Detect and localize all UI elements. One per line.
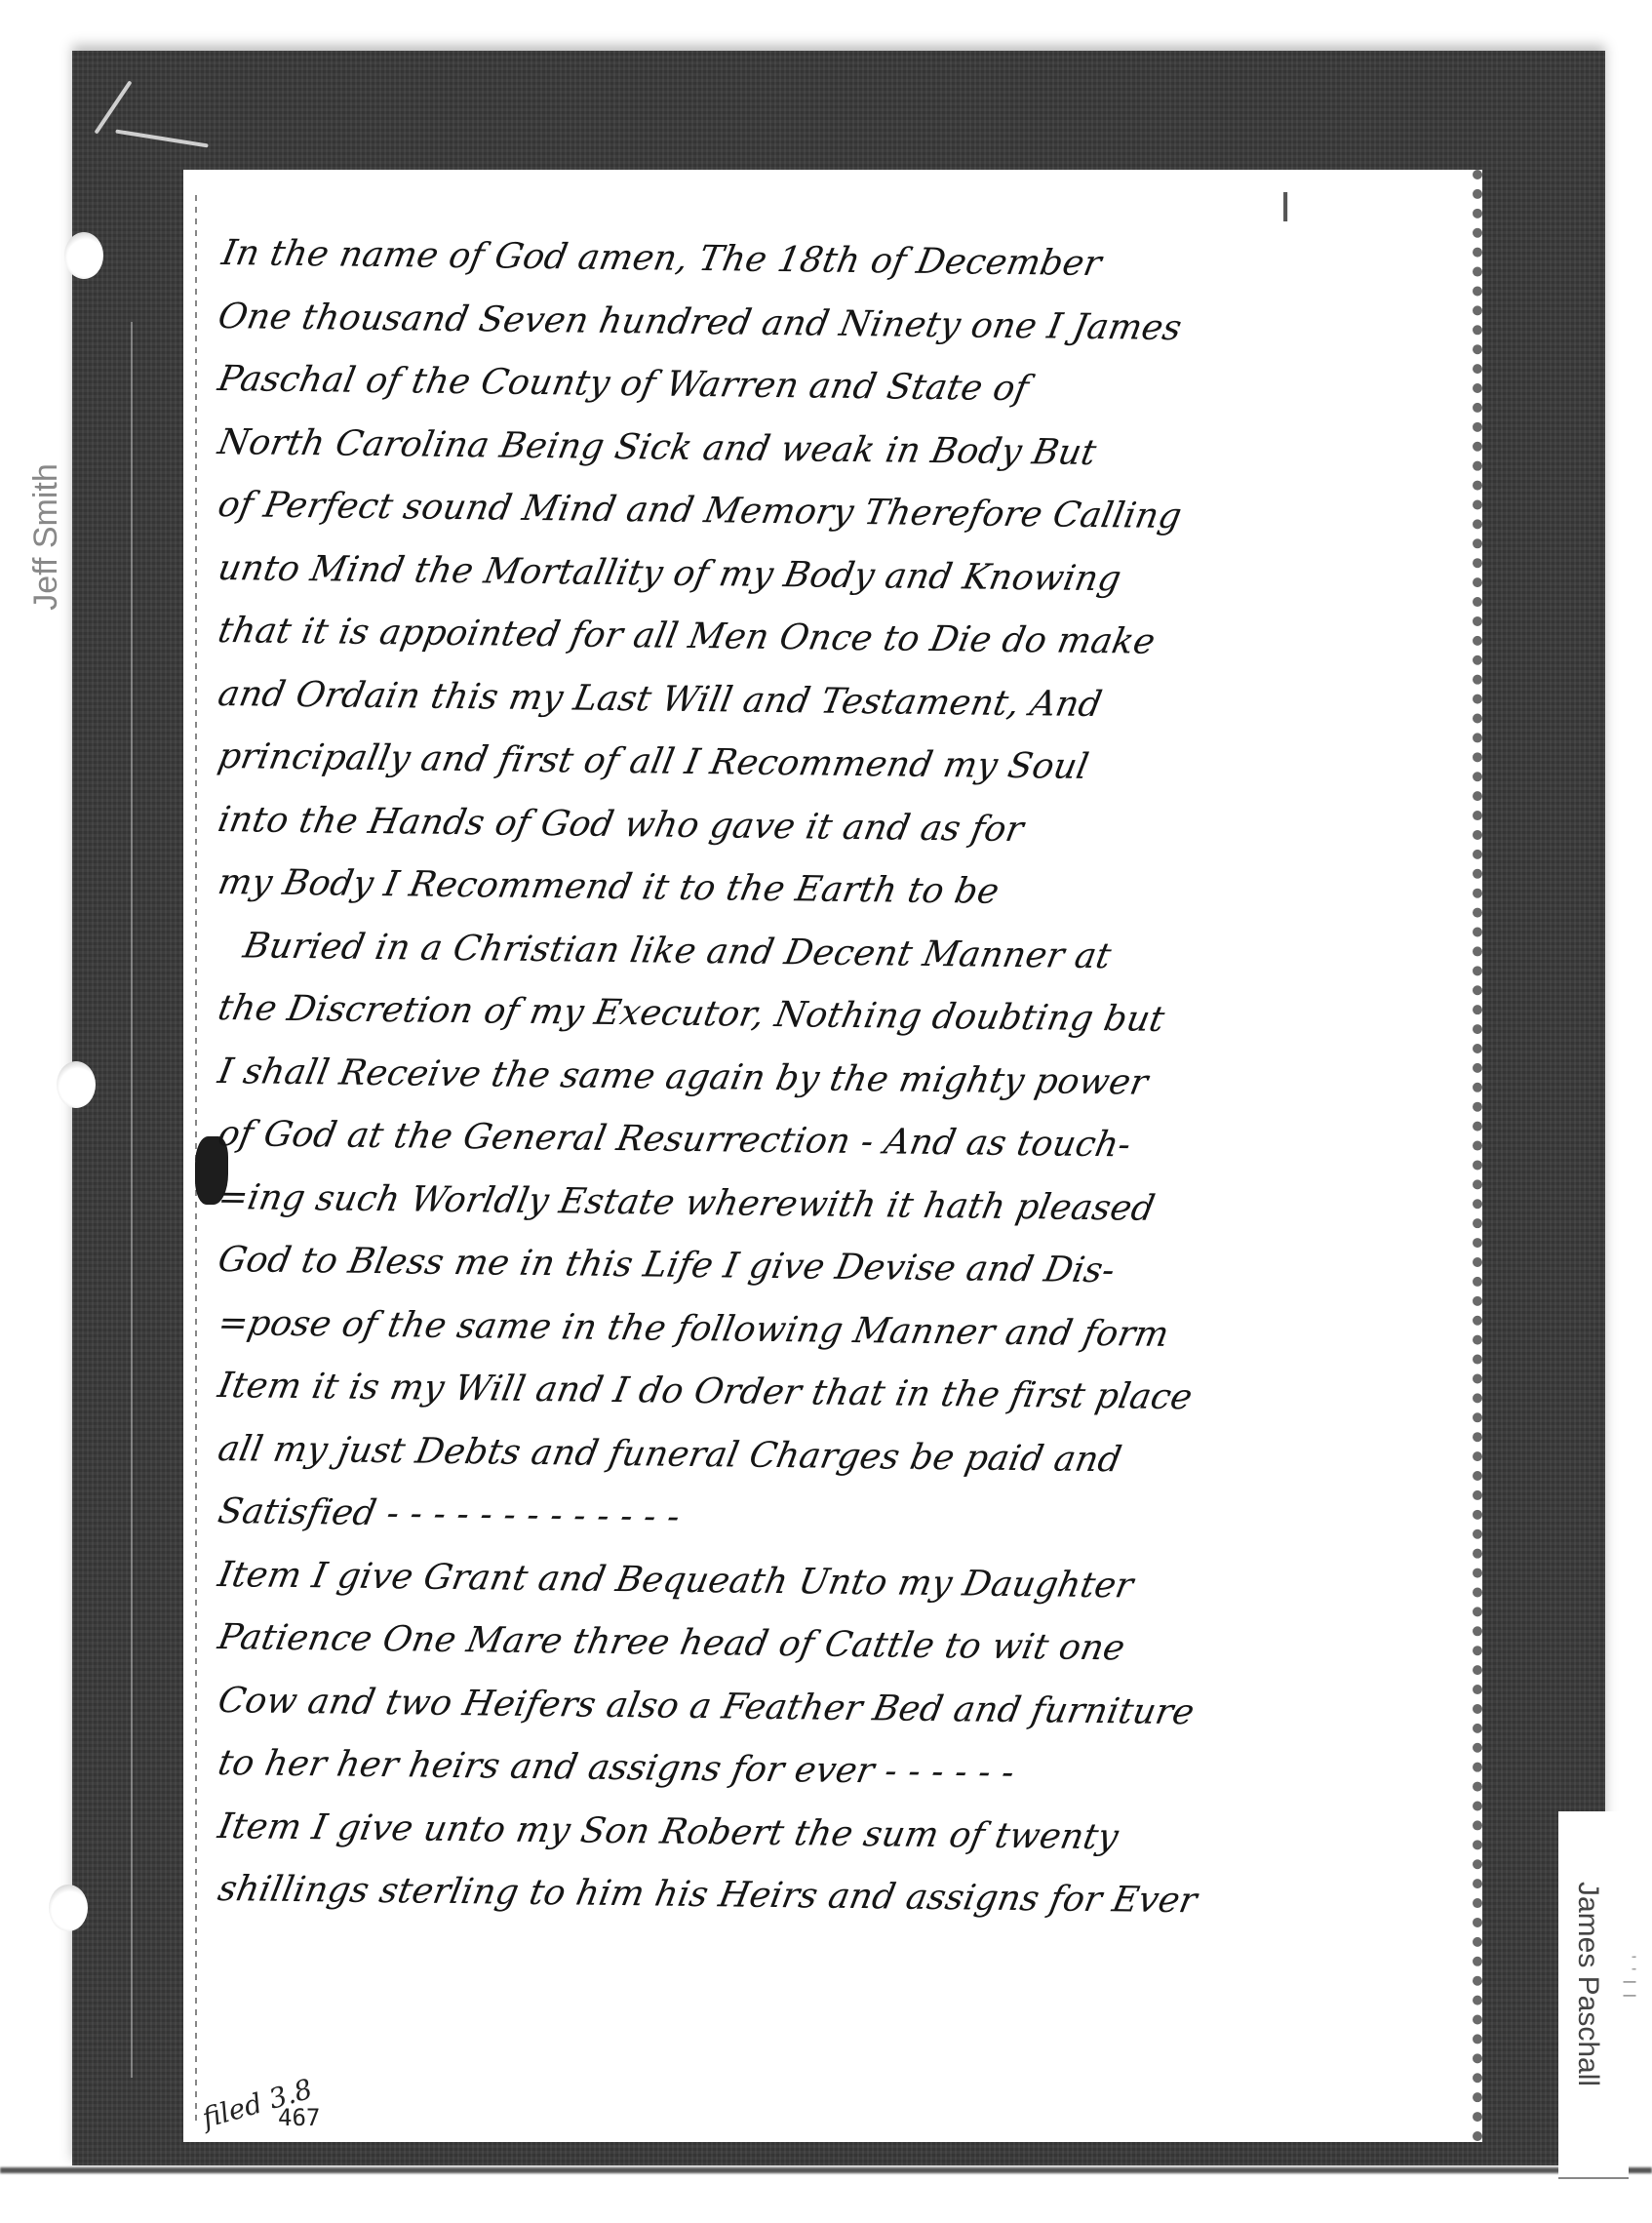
will-text: In the name of God amen, The 18th of Dec… (218, 222, 1457, 1922)
label-name: James Paschall (1571, 1828, 1604, 2140)
label-faint-text: ' ' I I (1619, 1822, 1639, 2134)
frame-seam (131, 322, 133, 2078)
margin-note-text: Jeff Smith (27, 463, 65, 611)
punch-hole-top (64, 232, 103, 279)
margin-note-left: Jeff Smith (12, 385, 80, 688)
page-number: 467 (278, 2104, 320, 2131)
punch-hole-middle (57, 1061, 96, 1108)
name-label-strip: ' ' I I James Paschall (1558, 1811, 1629, 2179)
punch-hole-bottom (49, 1885, 88, 1931)
bottom-edge-shadow (0, 2167, 1652, 2173)
